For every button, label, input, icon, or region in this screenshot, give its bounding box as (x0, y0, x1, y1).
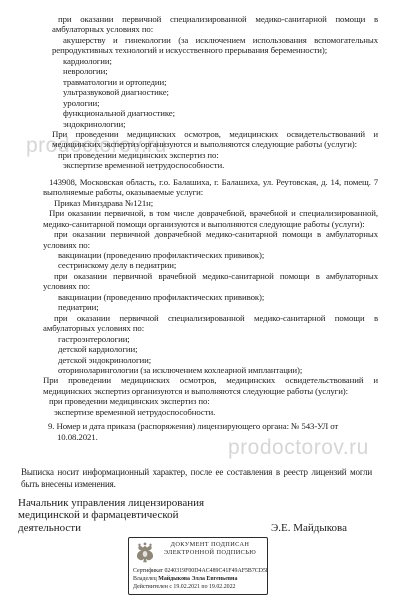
paragraph: эндокринологии; (52, 119, 378, 129)
paragraph: педиатрии; (43, 302, 378, 312)
paragraph: при оказании первичной доврачебной медик… (43, 229, 378, 250)
text-line: деятельности (18, 522, 238, 534)
paragraph: при оказании первичной врачебной медико-… (43, 271, 378, 292)
paragraph: урологии; (52, 98, 378, 108)
paragraph: при оказании первичной специализированно… (52, 14, 378, 35)
paragraph: функциональной диагностике; (52, 108, 378, 118)
stamp-details: Сертификат 0240319F00D4AC489C41F49AF5B7C… (133, 567, 267, 591)
stamp-title: ДОКУМЕНТ ПОДПИСАН ЭЛЕКТРОННОЙ ПОДПИСЬЮ (159, 541, 261, 557)
paragraph: экспертизе временной нетрудоспособности. (52, 160, 378, 170)
certificate-row: Сертификат 0240319F00D4AC489C41F49AF5B7C… (133, 567, 267, 575)
paragraph: при проведении медицинских экспертиз по: (52, 150, 378, 160)
owner-label: Владелец (133, 576, 158, 582)
paragraph: При проведении медицинских осмотров, мед… (43, 375, 378, 396)
order-number-item: 9. Номер и дата приказа (распоряжения) л… (43, 421, 378, 442)
paragraph: при проведении медицинских экспертиз по: (43, 396, 378, 406)
paragraph: детской эндокринологии; (43, 355, 378, 365)
paragraph: вакцинации (проведению профилактических … (43, 292, 378, 302)
paragraph: при оказании первичной специализированно… (43, 313, 378, 334)
paragraph: акушерству и гинекологии (за исключением… (52, 35, 378, 56)
paragraph: гастроэнтерологии; (43, 334, 378, 344)
informational-note: Выписка носит информационный характер, п… (21, 466, 372, 490)
owner-row: Владелец Майдыкова Элла Евгеньевна (133, 575, 267, 583)
stamp-header: ДОКУМЕНТ ПОДПИСАН ЭЛЕКТРОННОЙ ПОДПИСЬЮ (129, 541, 267, 557)
text-line: Начальник управления лицензирования (18, 497, 238, 509)
validity-row: Действителен с 19.02.2021 по 19.02.2022 (133, 583, 267, 591)
certificate-label: Сертификат (133, 568, 164, 574)
paragraph: травматологии и ортопедии; (52, 77, 378, 87)
license-extract-document: prodoctorov.ru prodoctorov.ru при оказан… (0, 0, 396, 600)
owner-name: Майдыкова Элла Евгеньевна (158, 576, 237, 582)
electronic-signature-stamp: ДОКУМЕНТ ПОДПИСАН ЭЛЕКТРОННОЙ ПОДПИСЬЮ С… (128, 537, 268, 595)
signatory-title: Начальник управления лицензированиямедиц… (18, 497, 238, 534)
paragraph: экспертизе временной нетрудоспособности. (43, 407, 378, 417)
paragraph: кардиологии; (52, 56, 378, 66)
paragraph: При оказании первичной, в том числе довр… (43, 208, 378, 229)
stamp-title-line2: ЭЛЕКТРОННОЙ ПОДПИСЬЮ (159, 549, 261, 557)
license-services-section-1: при оказании первичной специализированно… (52, 14, 378, 171)
paragraph: детской кардиологии; (43, 344, 378, 354)
paragraph: неврологии; (52, 66, 378, 76)
paragraph: При проведении медицинских осмотров, мед… (52, 129, 378, 150)
certificate-number: 0240319F00D4AC489C41F49AF5B7CD5E (164, 568, 267, 574)
text-line: медицинской и фармацевтической (18, 509, 238, 521)
paragraph: вакцинации (проведению профилактических … (43, 250, 378, 260)
paragraph: сестринскому делу в педиатрии; (43, 260, 378, 270)
order-number-text: 9. Номер и дата приказа (распоряжения) л… (43, 421, 378, 442)
license-services-section-2: 143908, Московская область, г.о. Балаших… (43, 177, 378, 417)
stamp-title-line1: ДОКУМЕНТ ПОДПИСАН (159, 541, 261, 549)
signature-block: Начальник управления лицензированиямедиц… (0, 497, 396, 534)
paragraph: оториноларингологии (за исключением кохл… (43, 365, 378, 375)
paragraph: Приказ Минздрава №121н; (43, 198, 378, 208)
paragraph: 143908, Московская область, г.о. Балаших… (43, 177, 378, 198)
coat-of-arms-icon (134, 542, 156, 566)
paragraph: ультразвуковой диагностике; (52, 87, 378, 97)
signatory-name: Э.Е. Майдыкова (271, 522, 347, 534)
